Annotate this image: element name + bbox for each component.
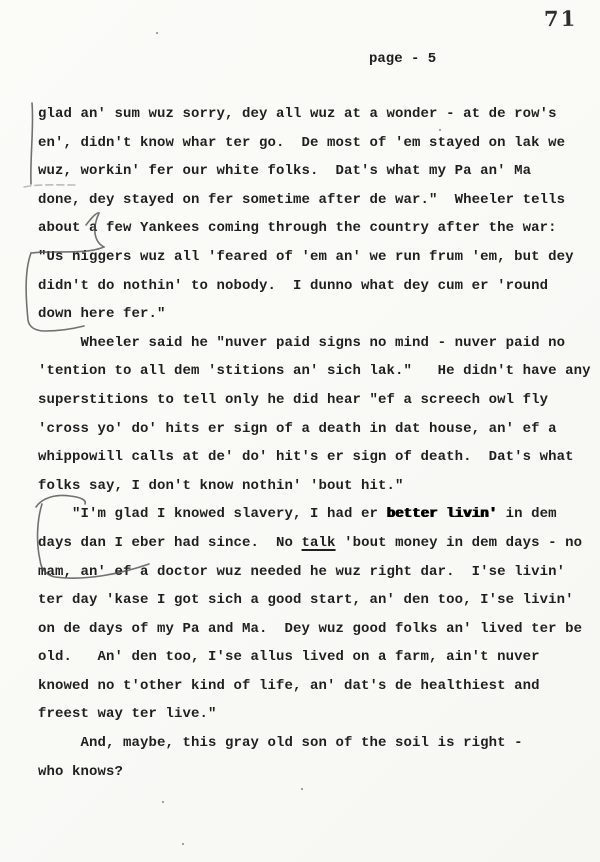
typed-line: Wheeler said he "nuver paid signs no min… [38, 329, 594, 358]
typed-line: "I'm glad I knowed slavery, I had er bet… [38, 500, 594, 529]
typed-line: ter day 'kase I got sich a good start, a… [38, 586, 594, 615]
typed-line: on de days of my Pa and Ma. Dey wuz good… [38, 615, 594, 644]
typed-line: en', didn't know whar ter go. De most of… [38, 129, 594, 158]
page-number: 71 [544, 6, 578, 32]
typed-line: days dan I eber had since. No talk 'bout… [38, 529, 594, 558]
overstruck-text: better livin' [387, 506, 498, 522]
typed-line: freest way ter live." [38, 700, 594, 729]
typed-line: didn't do nothin' to nobody. I dunno wha… [38, 272, 594, 301]
typed-line: 'cross yo' do' hits er sign of a death i… [38, 415, 594, 444]
line-text: "I'm glad I knowed slavery, I had er [38, 506, 387, 522]
scanned-document-page: 71 page - 5 glad an' sum wuz sorry, dey … [0, 0, 600, 862]
line-text: in dem [497, 506, 557, 522]
underlined-text: talk [302, 535, 336, 551]
typed-line: glad an' sum wuz sorry, dey all wuz at a… [38, 100, 594, 129]
paper-speck [162, 801, 164, 803]
typed-line: superstitions to tell only he did hear "… [38, 386, 594, 415]
typed-line: 'tention to all dem 'stitions an' sich l… [38, 357, 594, 386]
typed-line: And, maybe, this gray old son of the soi… [38, 729, 594, 758]
typed-line: whippowill calls at de' do' hit's er sig… [38, 443, 594, 472]
typed-line: down here fer." [38, 300, 594, 329]
typed-line: who knows? [38, 758, 594, 787]
line-text: days dan I eber had since. No [38, 535, 302, 551]
typed-line: mam, an' ef a doctor wuz needed he wuz r… [38, 558, 594, 587]
typed-line: folks say, I don't know nothin' 'bout hi… [38, 472, 594, 501]
paper-speck [182, 843, 184, 845]
page-header: page - 5 [369, 51, 436, 67]
paper-speck [301, 788, 303, 790]
typed-line: "Us niggers wuz all 'feared of 'em an' w… [38, 243, 594, 272]
line-text: 'bout money in dem days - no [336, 535, 583, 551]
typed-text-block: glad an' sum wuz sorry, dey all wuz at a… [38, 100, 594, 786]
typed-line: done, dey stayed on fer sometime after d… [38, 186, 594, 215]
pencil-bracket-vertical-1 [31, 103, 33, 184]
typed-line: knowed no t'other kind of life, an' dat'… [38, 672, 594, 701]
typed-line: about a few Yankees coming through the c… [38, 214, 594, 243]
paper-speck [156, 32, 158, 34]
typed-line: wuz, workin' fer our white folks. Dat's … [38, 157, 594, 186]
typed-line: old. An' den too, I'se allus lived on a … [38, 643, 594, 672]
